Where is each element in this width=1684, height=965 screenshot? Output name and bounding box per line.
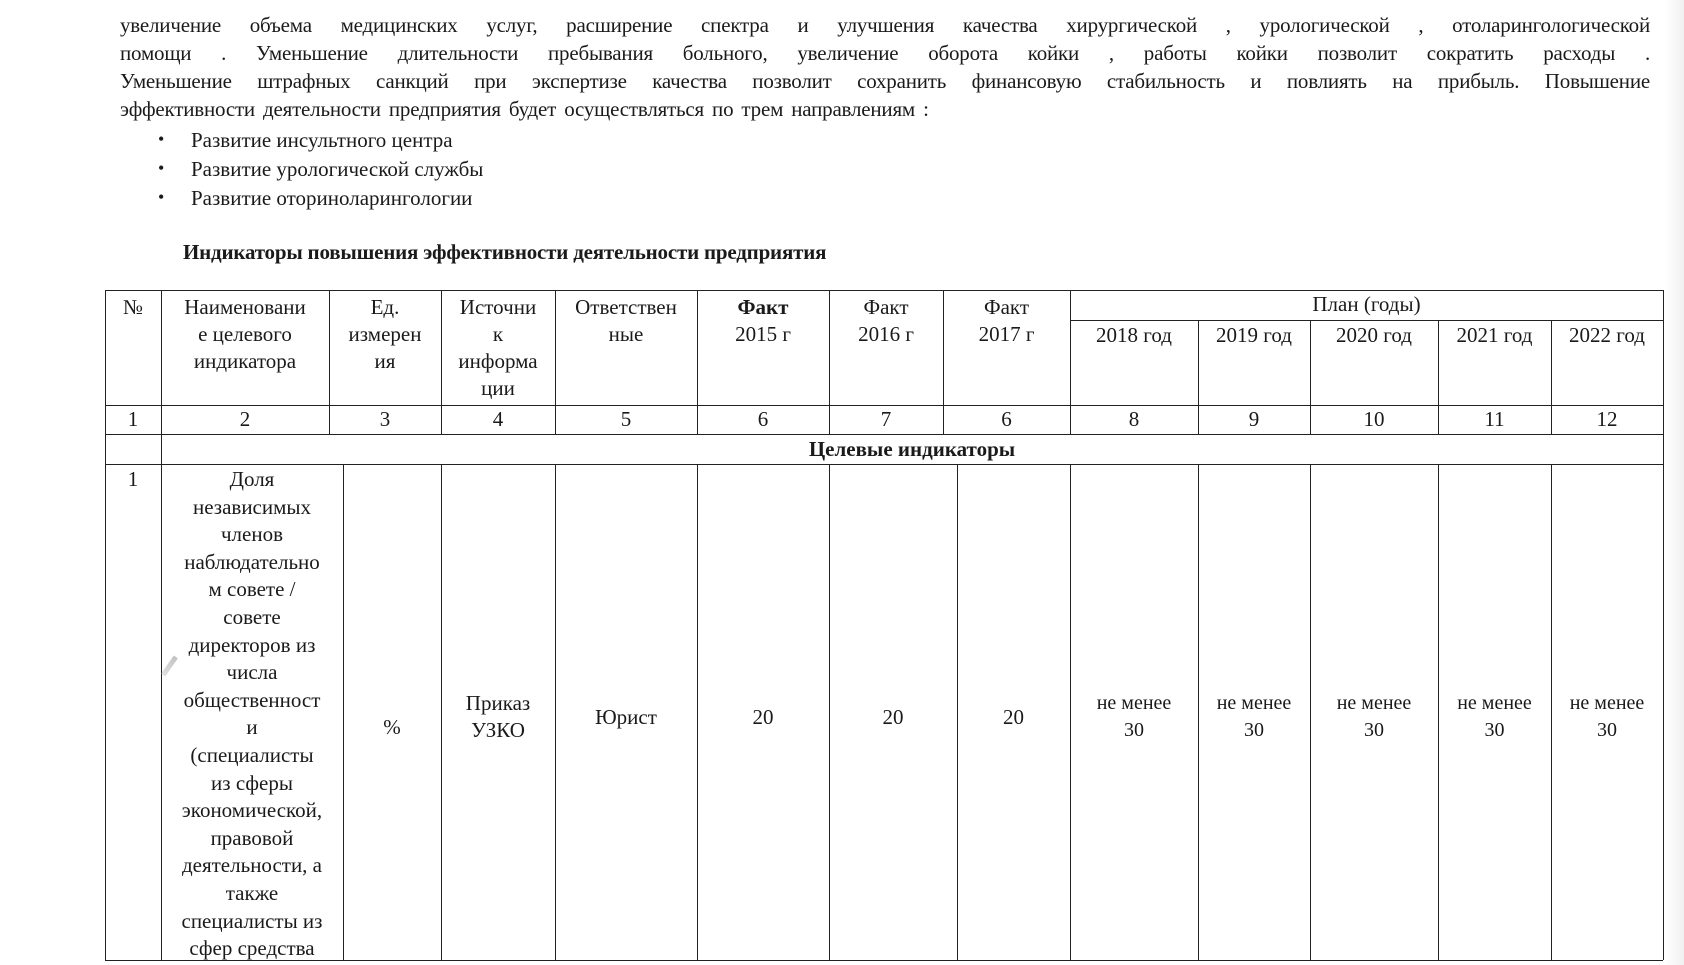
- column-number: 3: [329, 405, 441, 434]
- header-name: Наименование целевогоиндикатора: [161, 290, 329, 405]
- column-number: 5: [555, 405, 697, 434]
- row-fact-2016: 20: [829, 464, 957, 960]
- indicator-name-line: правовой: [182, 825, 323, 853]
- indicator-name-line: общественност: [182, 687, 323, 715]
- indicator-name-line: специалисты из: [182, 908, 323, 936]
- header-source: Источникинформации: [441, 290, 555, 405]
- list-item: Развитие урологической службы: [191, 155, 483, 183]
- column-number: 10: [1310, 405, 1438, 434]
- indicator-name-line: из сферы: [182, 770, 323, 798]
- row-responsible: Юрист: [555, 464, 697, 960]
- paragraph-line: эффективности деятельности предприятия б…: [120, 95, 1650, 123]
- header-plan-2019: 2019 год: [1198, 320, 1310, 405]
- header-plan-2020: 2020 год: [1310, 320, 1438, 405]
- row-unit: %: [343, 464, 441, 960]
- table-rule: [105, 960, 1663, 961]
- indicator-name-line: м совете /: [182, 576, 323, 604]
- list-item: Развитие оториноларингологии: [191, 184, 472, 212]
- row-num: 1: [105, 464, 161, 960]
- indicator-name-line: также: [182, 880, 323, 908]
- indicator-name-line: совете: [182, 604, 323, 632]
- header-unit: Ед.измерения: [329, 290, 441, 405]
- row-plan-2021: не менее30: [1438, 464, 1551, 960]
- column-number: 12: [1551, 405, 1663, 434]
- paragraph-line: увеличение объема медицинских услуг, рас…: [120, 11, 1650, 39]
- indicator-name-line: наблюдательно: [182, 549, 323, 577]
- header-plan-group: План (годы): [1070, 290, 1663, 320]
- indicator-name-line: экономической,: [182, 797, 323, 825]
- table-rule: [1663, 434, 1664, 464]
- header-fact-2017: Факт2017 г: [943, 290, 1070, 405]
- header-plan-2018: 2018 год: [1070, 320, 1198, 405]
- header-fact-2016: Факт2016 г: [829, 290, 943, 405]
- row-plan-2020: не менее30: [1310, 464, 1438, 960]
- row-plan-2019: не менее30: [1198, 464, 1310, 960]
- indicator-name-line: и: [182, 714, 323, 742]
- header-plan-2022: 2022 год: [1551, 320, 1663, 405]
- row-fact-2015: 20: [697, 464, 829, 960]
- row-plan-2018: не менее30: [1070, 464, 1198, 960]
- row-fact-2017: 20: [957, 464, 1070, 960]
- bullet-icon: •: [158, 158, 164, 179]
- page-edge-shadow: [1664, 0, 1684, 965]
- indicator-name-line: независимых: [182, 494, 323, 522]
- column-number: 7: [829, 405, 943, 434]
- table-rule: [1663, 290, 1664, 434]
- paragraph-line: помощи . Уменьшение длительности пребыва…: [120, 39, 1650, 67]
- header-num: №: [105, 290, 161, 405]
- column-number: 6: [943, 405, 1070, 434]
- paragraph-line: Уменьшение штрафных санкций при эксперти…: [120, 67, 1650, 95]
- indicator-name-line: числа: [182, 659, 323, 687]
- column-number: 1: [105, 405, 161, 434]
- column-number: 4: [441, 405, 555, 434]
- table-title: Индикаторы повышения эффективности деяте…: [183, 240, 826, 265]
- header-fact-2015: Факт2015 г: [697, 290, 829, 405]
- bullet-icon: •: [158, 187, 164, 208]
- indicator-name-line: сфер средства: [182, 935, 323, 963]
- table-rule: [1663, 464, 1664, 960]
- indicator-name-line: (специалисты: [182, 742, 323, 770]
- column-number: 9: [1198, 405, 1310, 434]
- row-plan-2022: не менее30: [1551, 464, 1663, 960]
- bullet-icon: •: [158, 129, 164, 150]
- indicator-name-line: членов: [182, 521, 323, 549]
- header-plan-2021: 2021 год: [1438, 320, 1551, 405]
- column-number: 2: [161, 405, 329, 434]
- column-number: 11: [1438, 405, 1551, 434]
- indicator-name-line: директоров из: [182, 632, 323, 660]
- list-item: Развитие инсультного центра: [191, 126, 453, 154]
- row-indicator-name: Долянезависимыхчленовнаблюдательном сове…: [161, 464, 343, 960]
- column-number: 6: [697, 405, 829, 434]
- column-number: 8: [1070, 405, 1198, 434]
- header-responsible: Ответственные: [555, 290, 697, 405]
- row-source: ПриказУЗКО: [441, 464, 555, 960]
- indicator-name-line: Доля: [182, 466, 323, 494]
- section-title: Целевые индикаторы: [161, 434, 1663, 464]
- table-rule: [105, 434, 106, 464]
- indicator-name-line: деятельности, а: [182, 852, 323, 880]
